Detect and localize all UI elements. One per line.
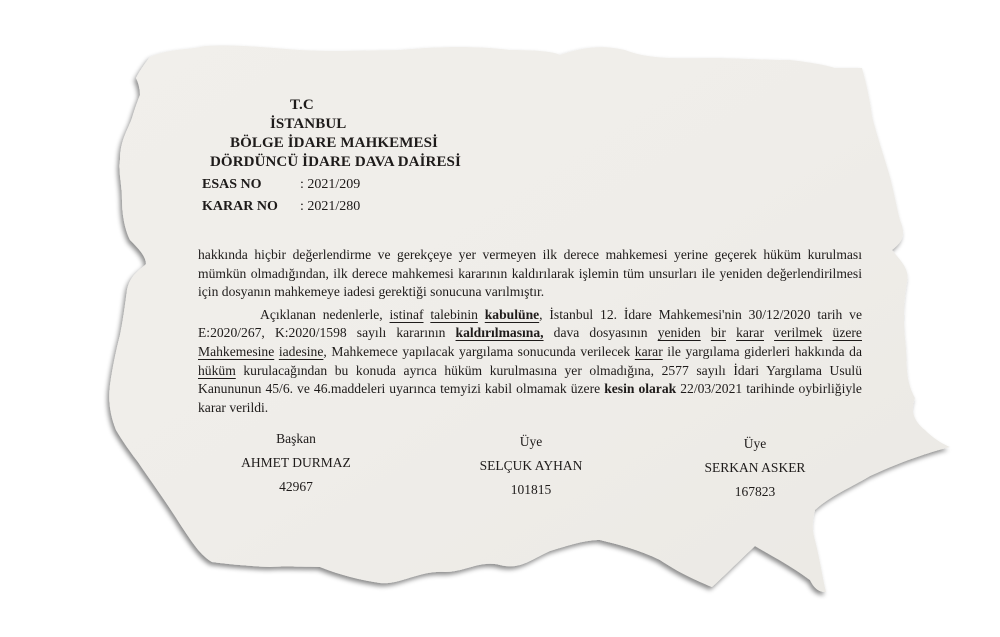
esas-no: ESAS NO: 2021/209 [202,177,360,193]
text-span: ile yargılama giderleri hakkında da [667,344,862,359]
header-line-court: BÖLGE İDARE MAHKEMESİ [230,135,438,152]
karar-no-value: : 2021/280 [300,199,360,214]
text-span: Açıklanan nedenlerle, [260,307,383,322]
paragraph-verdict: Açıklanan nedenlerle, istinaf talebinin … [198,306,862,418]
signature-role: Başkan [226,427,366,451]
signature-name: SELÇUK AYHAN [466,454,596,478]
underlined-text: iadesine [279,344,324,359]
text-span: , Mahkemece yapılacak yargılama sonucund… [323,344,630,359]
esas-no-value: : 2021/209 [300,177,360,192]
karar-no: KARAR NO: 2021/280 [202,199,360,215]
karar-no-label: KARAR NO [202,199,300,215]
underlined-text: üzere [833,325,862,340]
text-span: dava dosyasının [554,325,648,340]
header-line-tc: T.C [290,97,314,114]
header-line-city: İSTANBUL [270,116,346,133]
paragraph-reasoning: hakkında hiçbir değerlendirme ve gerekçe… [198,246,862,302]
underlined-text: istinaf [390,307,424,322]
signature-number: 42967 [226,475,366,499]
esas-no-label: ESAS NO [202,177,300,193]
signature-number: 167823 [685,480,825,504]
signature-member-1: Üye SELÇUK AYHAN 101815 [466,430,596,502]
underlined-text: verilmek [774,325,822,340]
underlined-text: karar [635,344,663,359]
signature-number: 101815 [466,478,596,502]
underlined-text: bir [711,325,726,340]
underlined-text: hüküm [198,363,236,378]
signature-member-2: Üye SERKAN ASKER 167823 [685,432,825,504]
underlined-text: karar [736,325,764,340]
decision-body: hakkında hiçbir değerlendirme ve gerekçe… [198,246,862,417]
bold-text: kesin olarak [604,381,676,396]
signature-name: SERKAN ASKER [685,456,825,480]
underlined-text: talebinin [430,307,478,322]
signature-name: AHMET DURMAZ [226,451,366,475]
underlined-text: Mahkemesine [198,344,274,359]
signature-role: Üye [466,430,596,454]
signature-president: Başkan AHMET DURMAZ 42967 [226,427,366,499]
header-line-chamber: DÖRDÜNCÜ İDARE DAVA DAİRESİ [210,154,461,171]
signature-role: Üye [685,432,825,456]
underlined-bold-text: kaldırılmasına, [456,325,544,340]
underlined-text: yeniden [658,325,701,340]
court-decision-document: T.C İSTANBUL BÖLGE İDARE MAHKEMESİ DÖRDÜ… [0,0,1000,637]
underlined-bold-text: kabulüne [485,307,539,322]
